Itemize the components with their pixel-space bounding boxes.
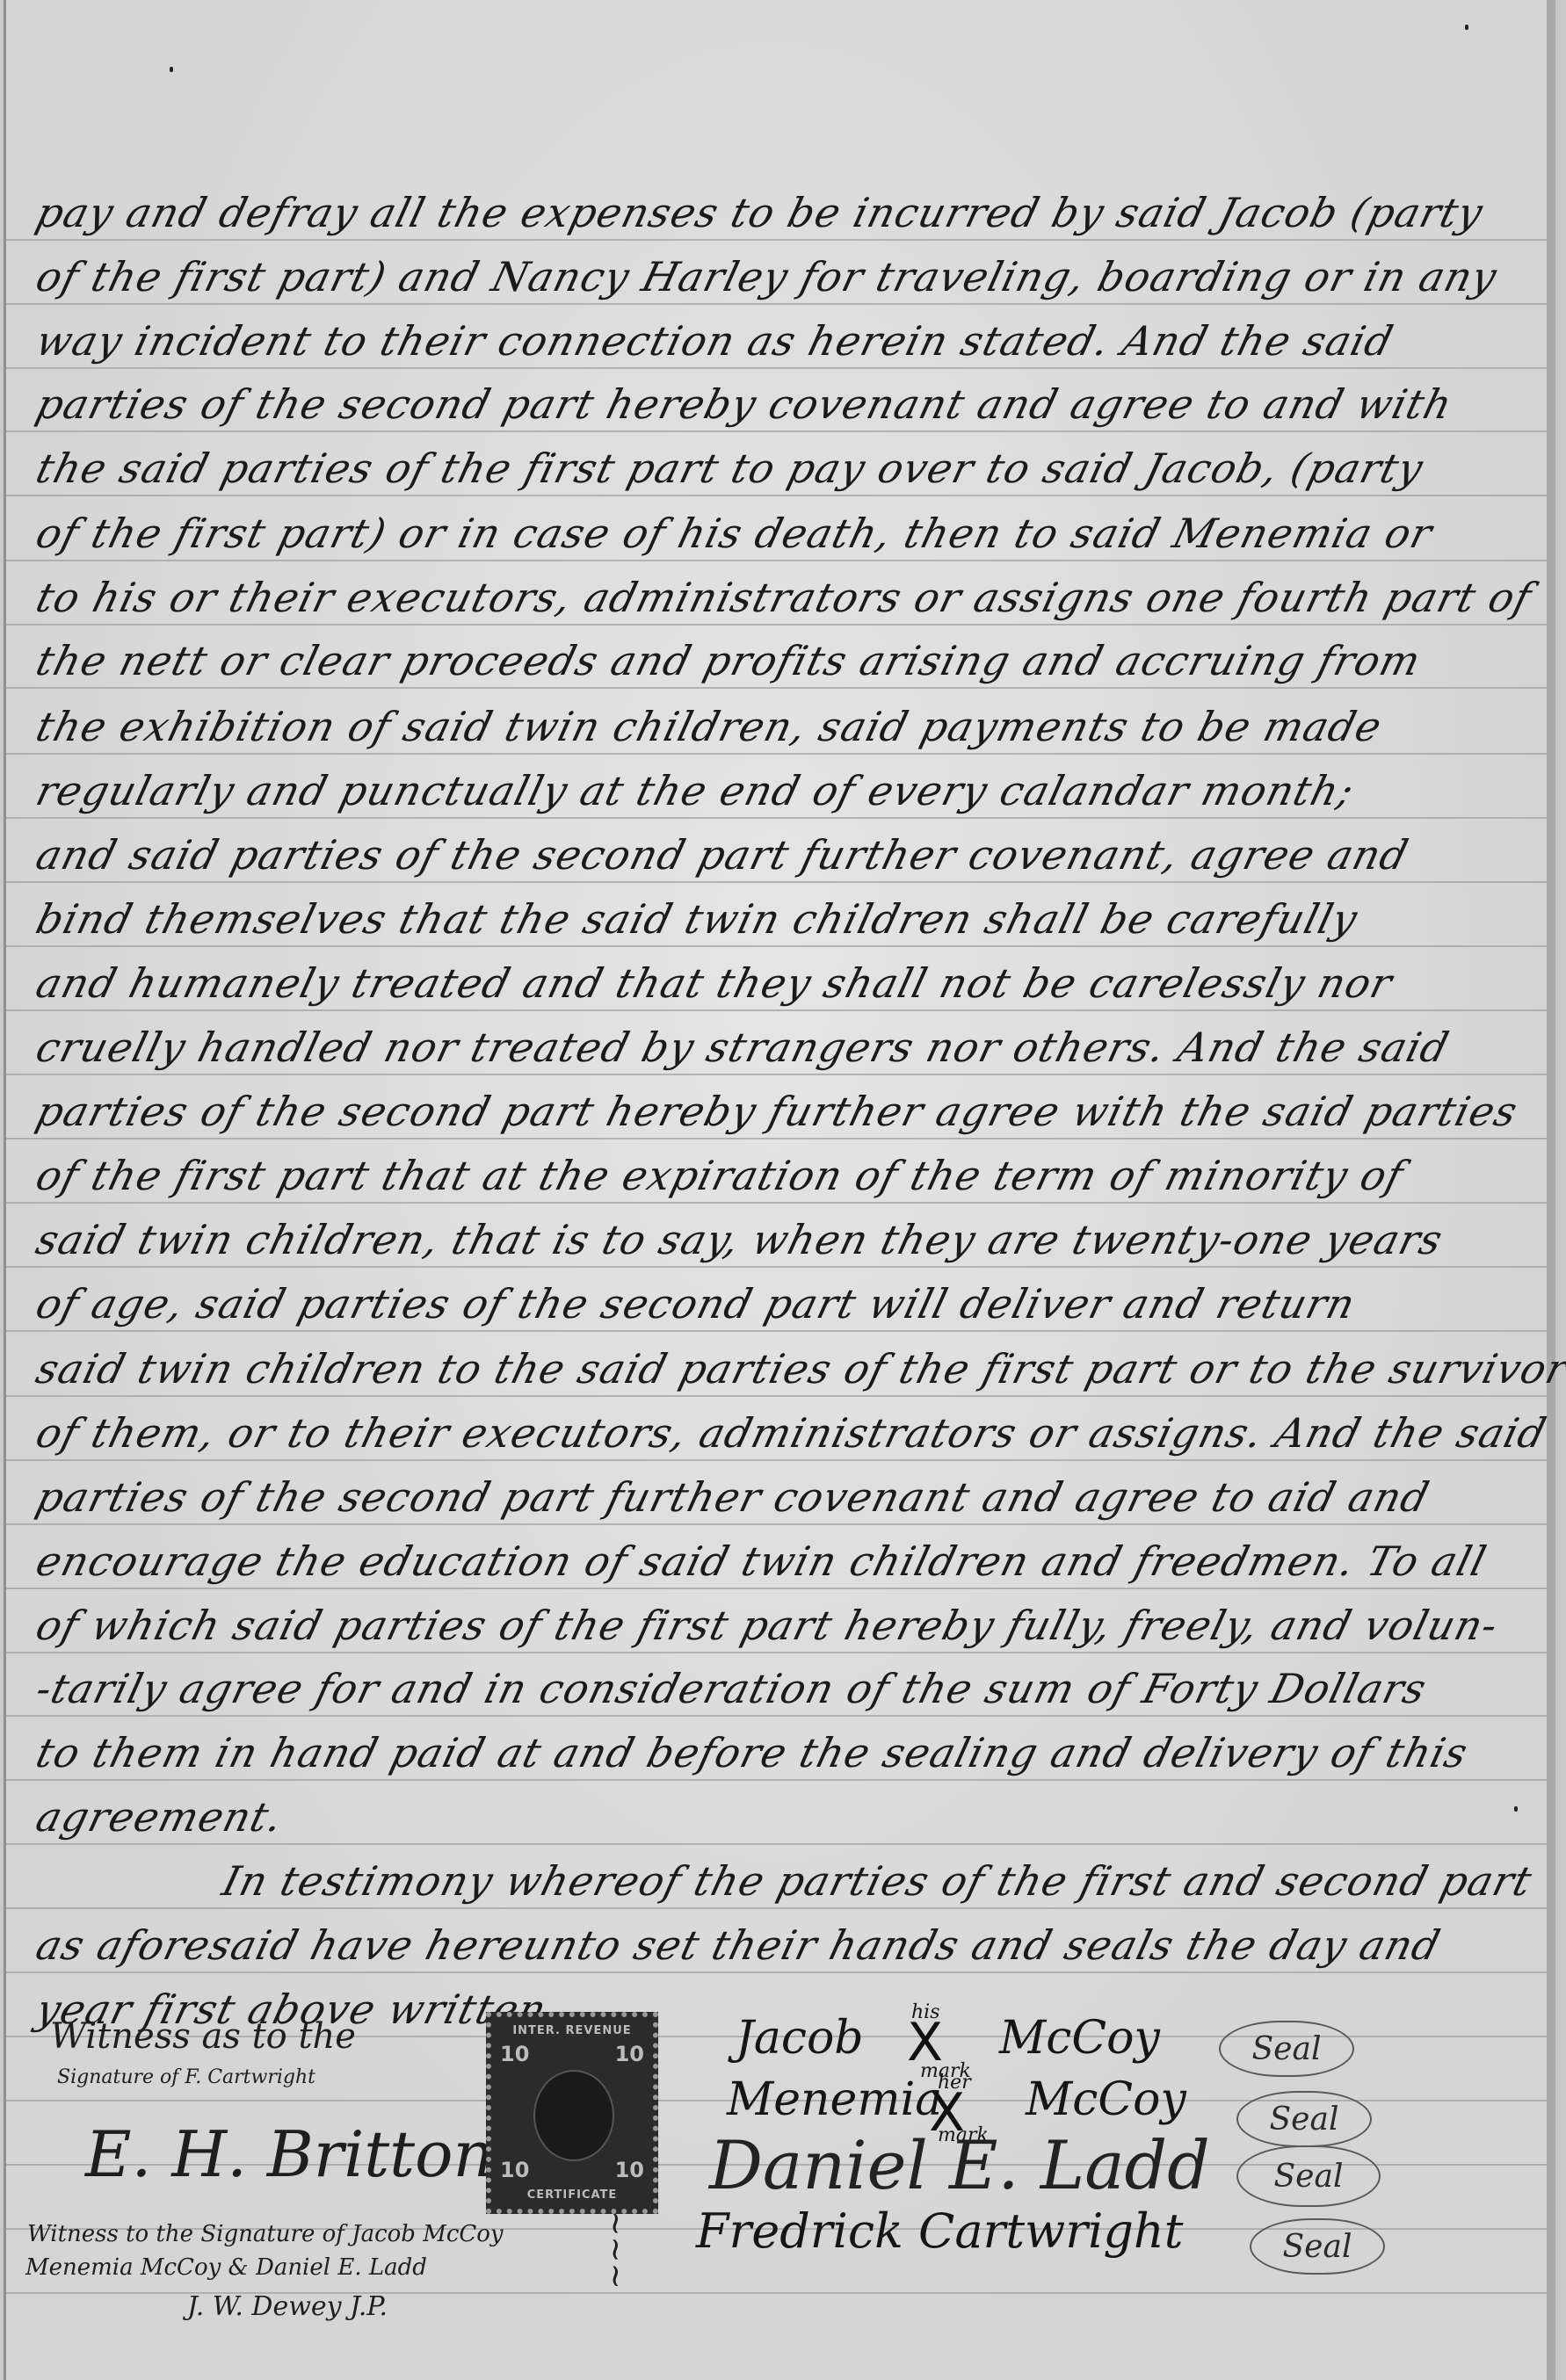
body-line-14: cruelly handled nor treated by strangers… [31,1021,1533,1074]
body-line-5: the said parties of the first part to pa… [31,442,1533,495]
signature-daniel-ladd: Daniel E. Ladd [709,2126,1210,2204]
ruled-line [6,1652,1547,1653]
signature-jacob-last: McCoy [999,2012,1160,2065]
body-line-10: regularly and punctually at the end of e… [31,764,1533,817]
ruled-line [6,1588,1547,1589]
body-line-26: agreement. [31,1790,1533,1843]
stamp-bottom-text: CERTIFICATE [491,2188,653,2202]
ruled-line [6,687,1547,689]
signature-fredrick-cartwright: Fredrick Cartwright [696,2203,1183,2259]
ruled-line [6,624,1547,626]
body-line-12: bind themselves that the said twin child… [31,893,1533,945]
seal-menemia: Seal [1236,2091,1372,2147]
ink-speck [170,67,173,72]
signature-menemia-first: Menemia [727,2073,942,2126]
ruled-line [6,1971,1547,1973]
stamp-portrait-icon [533,2070,614,2161]
document-page: pay and defray all the expenses to be in… [4,0,1555,2380]
body-line-7: to his or their executors, administrator… [31,571,1533,624]
body-line-17: said twin children, that is to say, when… [31,1213,1533,1266]
ruled-line [6,1330,1547,1332]
ruled-line [6,1009,1547,1011]
stamp-top-text: INTER. REVENUE [491,2024,653,2037]
ruled-line [6,367,1547,369]
ink-speck [1465,25,1468,30]
stamp-denomination-tl: 10 [500,2042,529,2066]
stamp-denomination-tr: 10 [615,2042,644,2066]
ruled-line [6,1138,1547,1139]
revenue-stamp: INTER. REVENUE 10 10 10 10 CERTIFICATE [486,2012,658,2214]
body-line-2: of the first part) and Nancy Harley for … [31,250,1533,303]
ruled-line [6,1843,1547,1845]
signature-jacob-first: Jacob [736,2012,864,2065]
ruled-line [6,1907,1547,1909]
ruled-line [6,1459,1547,1461]
stamp-cancel-scrawl: ~~~ [598,2210,634,2290]
body-line-18: of age, said parties of the second part … [31,1277,1533,1330]
body-line-25: to them in hand paid at and before the s… [31,1726,1533,1779]
body-line-4: parties of the second part hereby covena… [31,378,1533,430]
ruled-line [6,881,1547,883]
ruled-line [6,1266,1547,1268]
testimonium-line-1: In testimony whereof the parties of the … [217,1855,1533,1907]
ruled-line [6,1074,1547,1075]
testimonium-line-2: as aforesaid have hereunto set their han… [31,1919,1533,1971]
ruled-line [6,430,1547,432]
body-line-20: of them, or to their executors, administ… [31,1407,1533,1459]
body-line-3: way incident to their connection as here… [31,315,1533,367]
witness-2-line-1: Witness to the Signature of Jacob McCoy [27,2221,504,2247]
body-line-6: of the first part) or in case of his dea… [31,507,1533,560]
ruled-line [6,1715,1547,1717]
witness-2-line-2: Menemia McCoy & Daniel E. Ladd [25,2254,427,2281]
seal-cartwright: Seal [1250,2218,1385,2275]
body-line-19: said twin children to the said parties o… [31,1342,1533,1395]
ruled-line [6,560,1547,561]
stamp-denomination-bl: 10 [500,2158,529,2182]
body-line-9: the exhibition of said twin children, sa… [31,700,1533,753]
witness-subheading: Signature of F. Cartwright [57,2066,315,2088]
signature-menemia-last: McCoy [1026,2073,1186,2126]
body-line-1: pay and defray all the expenses to be in… [31,186,1533,239]
body-line-21: parties of the second part further coven… [31,1471,1533,1523]
ruled-line [6,945,1547,947]
witness-heading: Witness as to the [50,2016,356,2057]
ruled-line [6,303,1547,305]
body-line-23: of which said parties of the first part … [31,1599,1533,1652]
seal-jacob: Seal [1219,2021,1354,2077]
ruled-line [6,1779,1547,1781]
stamp-denomination-br: 10 [615,2158,644,2182]
seal-ladd: Seal [1236,2145,1381,2207]
witness-signature-britton: E. H. Britton [85,2117,494,2191]
ruled-line [6,1395,1547,1397]
ruled-line [6,753,1547,755]
ruled-line [6,817,1547,819]
witness-signature-dewey: J. W. Dewey J.P. [187,2291,388,2322]
body-line-24: -tarily agree for and in consideration o… [31,1662,1533,1715]
ruled-line [6,495,1547,496]
ruled-line [6,1523,1547,1525]
ruled-line [6,239,1547,241]
body-line-16: of the first part that at the expiration… [31,1149,1533,1202]
body-line-22: encourage the education of said twin chi… [31,1535,1533,1588]
body-line-13: and humanely treated and that they shall… [31,957,1533,1009]
ruled-line [6,1202,1547,1204]
body-line-8: the nett or clear proceeds and profits a… [31,634,1533,687]
body-line-11: and said parties of the second part furt… [31,828,1533,881]
body-line-15: parties of the second part hereby furthe… [31,1085,1533,1138]
